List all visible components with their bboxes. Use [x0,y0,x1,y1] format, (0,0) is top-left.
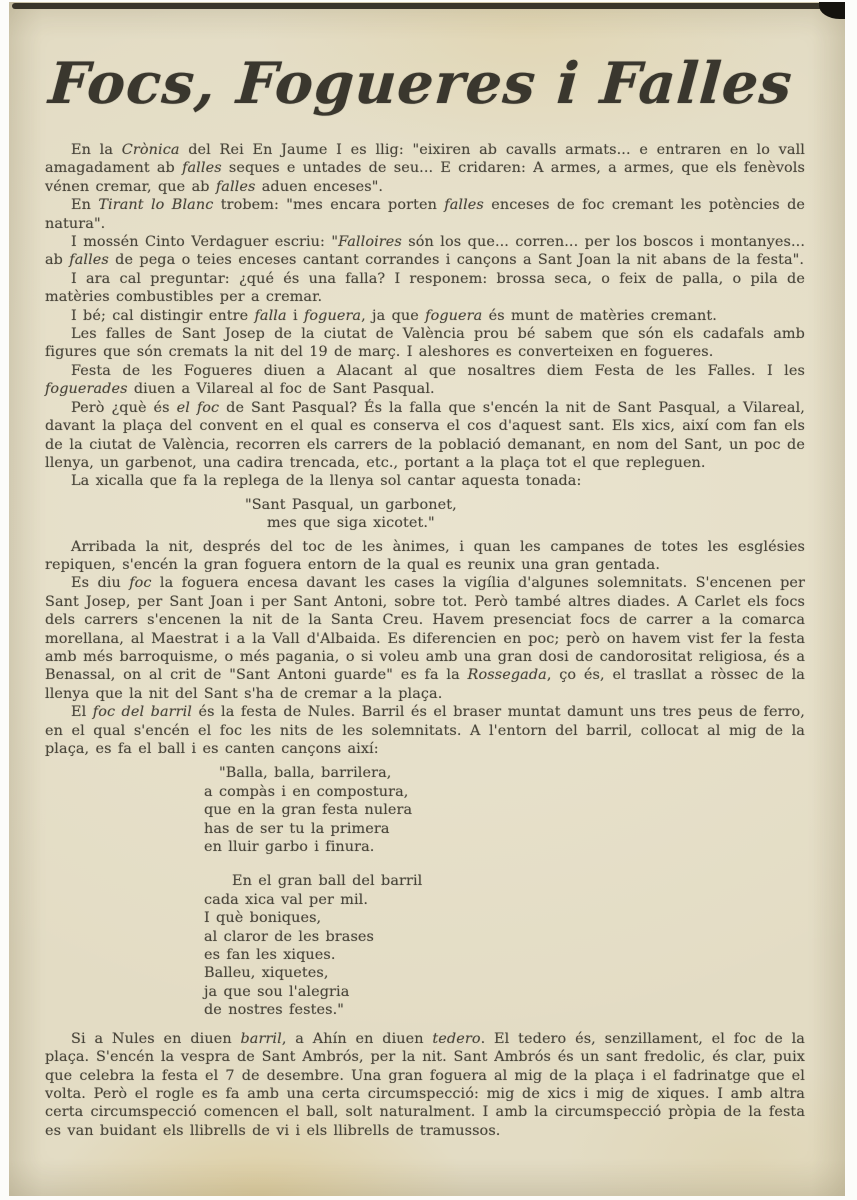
verse-line: I què boniques, [204,909,805,927]
verse-line: en lluir garbo i finura. [204,838,805,856]
paragraph: En Tirant lo Blanc trobem: "mes encara p… [45,196,805,233]
italic-text-segment: el foc [177,400,220,416]
verse-line: que en la gran festa nulera [204,801,805,819]
paragraph: I bé; cal distingir entre falla i foguer… [45,307,805,325]
italic-text-segment: Tirant lo Blanc [98,197,213,213]
article-body: En la Crònica del Rei En Jaume I es llig… [45,141,805,1140]
text-segment: trobem: "mes encara porten [213,197,444,213]
verse-line: es fan les xiques. [204,946,805,964]
paragraph: Si a Nules en diuen barril, a Ahín en di… [45,1030,805,1140]
text-segment: Les falles de Sant Josep de la ciutat de… [45,326,805,360]
verse-block: En el gran ball del barrilcada xica val … [204,872,805,1019]
paragraph: El foc del barril és la festa de Nules. … [45,703,805,758]
text-segment: Festa de les Fogueres diuen a Alacant al… [71,363,805,379]
italic-text-segment: tedero [432,1031,480,1047]
scan-corner-artifact [819,2,845,19]
verse-line: En el gran ball del barril [232,872,805,890]
text-segment: La xicalla que fa la replega de la lleny… [71,473,581,489]
verse-line: cada xica val per mil. [204,891,805,909]
text-segment: I mossén Cinto Verdaguer escriu: " [71,234,338,250]
italic-text-segment: foguera [425,308,482,324]
italic-text-segment: foc del barril [93,704,192,720]
text-segment: Arribada la nit, després del toc de les … [45,539,805,573]
italic-text-segment: falles [69,252,109,268]
paragraph: La xicalla que fa la replega de la lleny… [45,472,805,490]
paragraph: Arribada la nit, després del toc de les … [45,538,805,575]
scanned-page: Focs, Fogueres i Falles En la Crònica de… [9,2,845,1196]
italic-text-segment: falles [216,179,256,195]
text-segment: i [287,308,304,324]
verse-line: al claror de les brases [204,928,805,946]
italic-text-segment: foguera [304,308,361,324]
text-segment: de pega o teies enceses cantant corrande… [109,252,804,268]
italic-text-segment: falles [182,160,222,176]
verse-block: "Sant Pasqual, un garbonet,mes que siga … [245,496,805,533]
italic-text-segment: falles [444,197,484,213]
text-segment: diuen a Vilareal al foc de Sant Pasqual. [128,381,435,397]
italic-text-segment: Crònica [122,142,180,158]
text-segment: Si a Nules en diuen [71,1031,240,1047]
text-segment: , ja que [361,308,425,324]
verse-line: a compàs i en compostura, [204,783,805,801]
verse-line: ja que sou l'alegria [204,983,805,1001]
italic-text-segment: Falloires [338,234,402,250]
paragraph: Es diu foc la foguera encesa davant les … [45,574,805,703]
verse-line: has de ser tu la primera [204,820,805,838]
paragraph: Les falles de Sant Josep de la ciutat de… [45,325,805,362]
text-segment: En la [71,142,122,158]
paragraph: Però ¿què és el foc de Sant Pasqual? És … [45,399,805,473]
italic-text-segment: barril [240,1031,281,1047]
verse-line: "Balla, balla, barrilera, [219,764,805,782]
text-segment: aduen enceses". [255,179,383,195]
verse-line: Balleu, xiquetes, [204,964,805,982]
paragraph: Festa de les Fogueres diuen a Alacant al… [45,362,805,399]
text-segment: El [71,704,93,720]
scan-edge-artifact [12,3,837,9]
paragraph: I mossén Cinto Verdaguer escriu: "Falloi… [45,233,805,270]
text-segment: En [71,197,98,213]
text-segment: I ara cal preguntar: ¿qué és una falla? … [45,271,805,305]
text-segment: és munt de matèries cremant. [482,308,717,324]
page-title: Focs, Fogueres i Falles [47,50,778,117]
italic-text-segment: foc [129,575,151,591]
verse-line: "Sant Pasqual, un garbonet, [245,496,805,514]
verse-line: mes que siga xicotet." [267,514,805,532]
paragraph: I ara cal preguntar: ¿qué és una falla? … [45,270,805,307]
text-segment: I bé; cal distingir entre [71,308,254,324]
italic-text-segment: falla [254,308,286,324]
verse-block: "Balla, balla, barrilera,a compàs i en c… [204,764,805,856]
italic-text-segment: foguerades [45,381,128,397]
text-segment: Es diu [71,575,129,591]
text-segment: , a Ahín en diuen [282,1031,433,1047]
paragraph: En la Crònica del Rei En Jaume I es llig… [45,141,805,196]
italic-text-segment: Rossegada [468,667,547,683]
verse-line: de nostres festes." [204,1001,805,1019]
text-segment: Però ¿què és [71,400,177,416]
